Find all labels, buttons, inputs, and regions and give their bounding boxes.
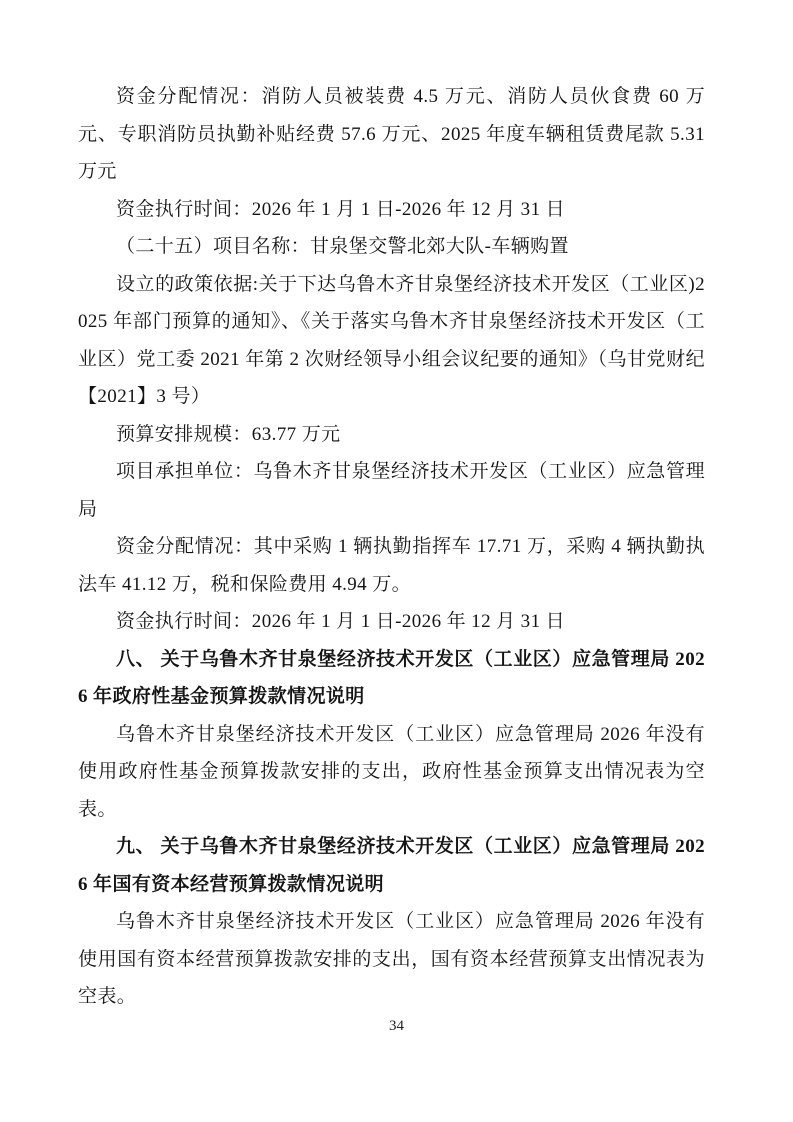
section-heading-9: 九、 关于乌鲁木齐甘泉堡经济技术开发区（工业区）应急管理局 2026 年国有资本… (78, 828, 705, 903)
paragraph-policy-basis: 设立的政策依据:关于下达乌鲁木齐甘泉堡经济技术开发区（工业区)2025 年部门预… (78, 266, 705, 416)
paragraph-project-name-25: （二十五）项目名称：甘泉堡交警北郊大队-车辆购置 (78, 228, 705, 266)
paragraph-undertaking-unit: 项目承担单位：乌鲁木齐甘泉堡经济技术开发区（工业区）应急管理局 (78, 453, 705, 528)
paragraph-budget-scale: 预算安排规模：63.77 万元 (78, 416, 705, 454)
document-page: 资金分配情况：消防人员被装费 4.5 万元、消防人员伙食费 60 万元、专职消防… (0, 0, 793, 1122)
paragraph-funds-allocation-detail: 资金分配情况：其中采购 1 辆执勤指挥车 17.71 万，采购 4 辆执勤执法车… (78, 528, 705, 603)
paragraph-state-capital-note: 乌鲁木齐甘泉堡经济技术开发区（工业区）应急管理局 2026 年没有使用国有资本经… (78, 903, 705, 1016)
page-number: 34 (0, 1016, 793, 1036)
paragraph-gov-fund-note: 乌鲁木齐甘泉堡经济技术开发区（工业区）应急管理局 2026 年没有使用政府性基金… (78, 716, 705, 829)
paragraph-funds-execution-time-25: 资金执行时间：2026 年 1 月 1 日-2026 年 12 月 31 日 (78, 603, 705, 641)
paragraph-funds-execution-time-24: 资金执行时间：2026 年 1 月 1 日-2026 年 12 月 31 日 (78, 191, 705, 229)
section-heading-8: 八、 关于乌鲁木齐甘泉堡经济技术开发区（工业区）应急管理局 2026 年政府性基… (78, 641, 705, 716)
paragraph-funds-allocation-25: 资金分配情况：消防人员被装费 4.5 万元、消防人员伙食费 60 万元、专职消防… (78, 78, 705, 191)
document-body: 资金分配情况：消防人员被装费 4.5 万元、消防人员伙食费 60 万元、专职消防… (78, 78, 705, 1016)
